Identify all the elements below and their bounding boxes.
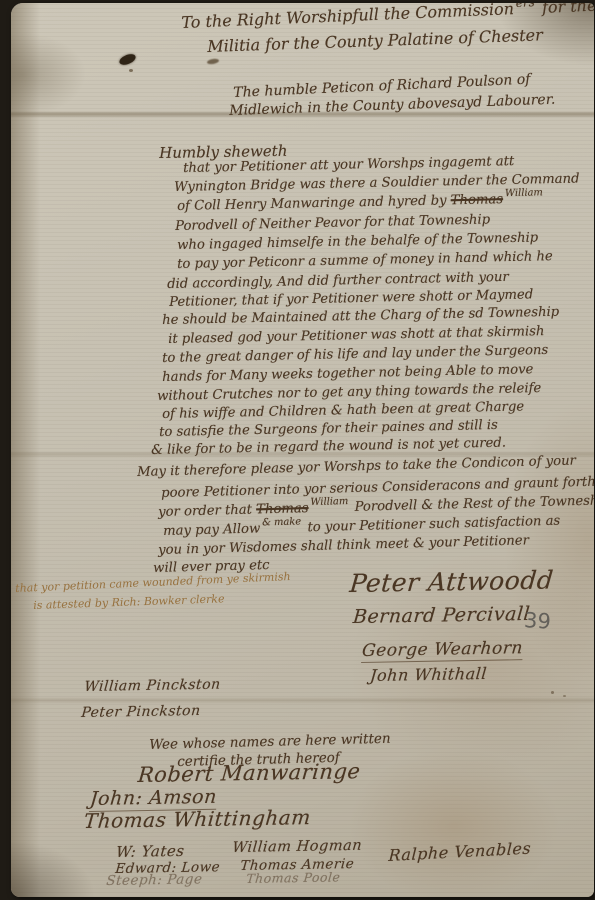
petition-line: Porodvell of Neither Peavor for that Tow…: [175, 212, 490, 234]
petition-line-text: of Coll Henry Manwaringe and hyred by: [177, 193, 451, 214]
signature-steeph-page: Steeph: Page: [106, 871, 204, 889]
petition-line-text: may pay Allow: [163, 521, 261, 539]
signature-william-pinckston: William Pinckston: [84, 677, 222, 695]
struck-name: Thomas: [256, 501, 309, 517]
certification-line-1: Wee whose names are here written: [149, 731, 391, 753]
inserted-name: William: [505, 187, 543, 199]
petition-line-tail: to your Petitioner such satisfaction as: [303, 514, 560, 536]
signature-william-hogman: William Hogman: [232, 838, 363, 856]
ink-blot: [118, 52, 137, 67]
manuscript-photo: To the Right Worshipfull the Commissione…: [0, 0, 595, 900]
petition-line: to pay yor Peticonr a summe of money in …: [177, 249, 553, 272]
header-line-1-tail: for the: [537, 3, 594, 17]
petition-line-tail: Porodvell & the Rest of the Towneship: [350, 493, 594, 515]
header-line-2: Militia for the County Palatine of Chest…: [207, 25, 543, 56]
inserted-name: William: [310, 496, 348, 508]
petition-line-text: yor order that: [158, 502, 256, 520]
inserted-words: & make: [262, 516, 301, 528]
signature-peter-attwood: Peter Attwoodd: [348, 565, 554, 598]
ink-speck: [563, 695, 566, 697]
header-superscript: ers: [515, 3, 535, 10]
signature-bernard-percivall: Bernard Percivall: [352, 603, 531, 628]
ink-speck: [551, 691, 554, 694]
signature-w-yates: W: Yates: [115, 842, 185, 861]
signature-thomas-poole: Thomas Poole: [246, 869, 341, 886]
signature-john-whithall: John Whithall: [369, 664, 487, 685]
signature-george-wearhorn: George Wearhorn: [361, 638, 524, 663]
signature-robert-manwaringe: Robert Manwaringe: [137, 759, 362, 787]
petition-paper: To the Right Worshipfull the Commissione…: [11, 3, 594, 897]
archive-number: 39: [523, 608, 551, 634]
ink-smudge: [207, 58, 220, 65]
margin-note-line-2: is attested by Rich: Bowker clerke: [33, 592, 225, 612]
signature-thomas-whittingham: Thomas Whittingham: [83, 805, 312, 833]
signature-peter-pinckston: Peter Pinckston: [81, 703, 202, 721]
ink-speck: [129, 69, 133, 72]
petition-line-with-correction: of Coll Henry Manwaringe and hyred by Th…: [177, 191, 545, 214]
signature-ralphe-venables: Ralphe Venables: [388, 839, 532, 865]
struck-name: Thomas: [451, 192, 504, 208]
